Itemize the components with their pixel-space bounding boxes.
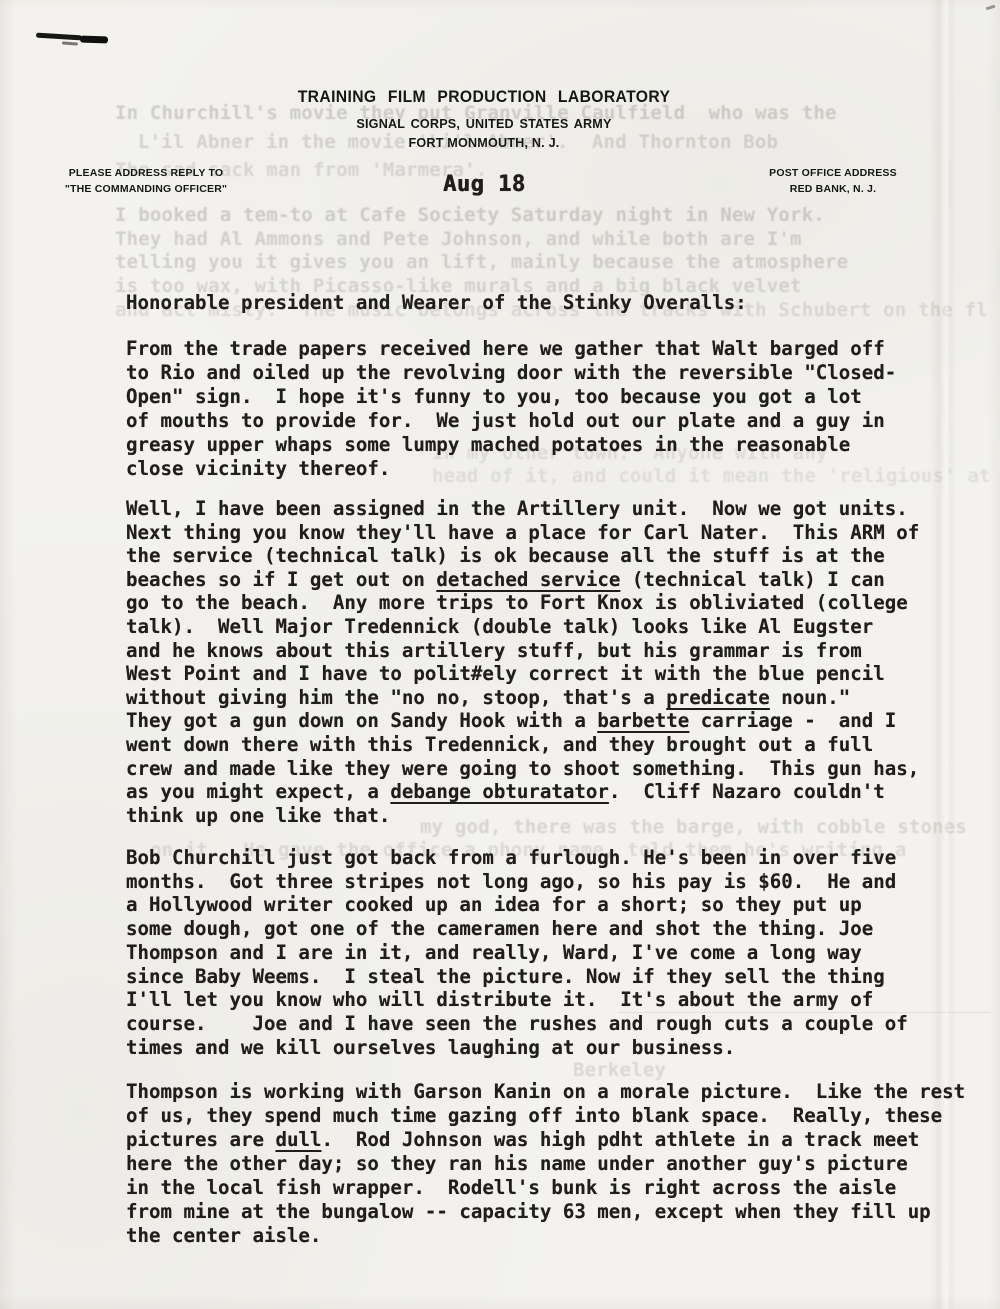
post-office-line2: RED BANK, N. J. [733,182,933,198]
text-segment: close vicinity thereof. [126,457,390,480]
letter-line: in the local fish wrapper. Rodell's bunk… [126,1176,965,1200]
letterhead-title: TRAINING FILM PRODUCTION LABORATORY [24,88,944,107]
text-segment: pictures are [126,1128,275,1151]
text-segment: here the other day; so they ran his name… [126,1152,908,1175]
text-segment: beaches so if I get out on [126,568,436,591]
underlined-text: dull [275,1128,321,1151]
text-segment: a Hollywood writer cooked up an idea for… [126,893,862,916]
post-office-address: POST OFFICE ADDRESS RED BANK, N. J. [733,166,933,197]
text-segment: Next thing you know they'll have a place… [126,521,919,544]
text-segment: from mine at the bungalow -- capacity 63… [126,1200,931,1223]
letter-line: talk). Well Major Tredennick (double tal… [126,615,919,639]
ghost-bleedthrough-line: They had Al Ammons and Pete Johnson, and… [115,227,802,251]
letterhead-subtitle-corps: SIGNAL CORPS, UNITED STATES ARMY [15,116,954,131]
letter-line: think up one like that. [126,804,919,828]
letter-line: of mouths to provide for. We just hold o… [126,409,896,433]
text-segment: They got a gun down on Sandy Hook with a [126,709,597,732]
text-segment: From the trade papers received here we g… [126,337,885,360]
reply-note-line1: PLEASE ADDRESS REPLY TO [38,166,254,182]
letter-line: go to the beach. Any more trips to Fort … [126,591,919,615]
salutation: Honorable president and Wearer of the St… [126,291,747,315]
letter-line: here the other day; so they ran his name… [126,1152,965,1176]
letter-line: Well, I have been assigned in the Artill… [126,497,919,521]
text-segment: went down there with this Tredennick, an… [126,733,873,756]
letter-line: the center aisle. [126,1224,965,1248]
text-segment: greasy upper whaps some lumpy mached pot… [126,433,850,456]
letter-line: of us, they spend much time gazing off i… [126,1104,965,1128]
text-segment: Bob Churchill just got back from a furlo… [126,846,896,869]
letter-line: crew and made like they were going to sh… [126,757,919,781]
letter-line: and he knows about this artillery stuff,… [126,639,919,663]
paragraph-p2: Well, I have been assigned in the Artill… [126,497,919,827]
letter-line: From the trade papers received here we g… [126,337,896,361]
text-segment: Thompson is working with Garson Kanin on… [126,1080,965,1103]
letter-line: West Point and I have to polit#ely corre… [126,662,919,686]
letter-line: pictures are dull. Rod Johnson was high … [126,1128,965,1152]
letter-line: from mine at the bungalow -- capacity 63… [126,1200,965,1224]
text-segment: . Rod Johnson was high pdht athlete in a… [321,1128,919,1151]
reply-address-note: PLEASE ADDRESS REPLY TO "THE COMMANDING … [38,166,254,197]
letter-page: In Churchill's movie they put Granville … [0,0,1000,1309]
text-segment: to Rio and oiled up the revolving door w… [126,361,896,384]
text-segment: the center aisle. [126,1224,321,1247]
text-segment: go to the beach. Any more trips to Fort … [126,591,908,614]
letter-line: Open" sign. I hope it's funny to you, to… [126,385,896,409]
ghost-bleedthrough-line: Berkeley [573,1058,666,1082]
letter-line: greasy upper whaps some lumpy mached pot… [126,433,896,457]
underlined-text: debange obturatator [390,780,608,803]
letter-line: went down there with this Tredennick, an… [126,733,919,757]
text-segment: think up one like that. [126,804,390,827]
text-segment: Well, I have been assigned in the Artill… [126,497,908,520]
text-segment: talk). Well Major Tredennick (double tal… [126,615,873,638]
letter-line: Next thing you know they'll have a place… [126,521,919,545]
letter-line: Thompson is working with Garson Kanin on… [126,1080,965,1104]
ink-mark [36,33,82,41]
underlined-text: detached service [436,568,620,591]
text-segment: and he knows about this artillery stuff,… [126,639,862,662]
text-segment: of us, they spend much time gazing off i… [126,1104,942,1127]
text-segment: noun." [770,686,850,709]
text-segment: West Point and I have to polit#ely corre… [126,662,885,685]
text-segment: without giving him the "no no, stoop, th… [126,686,666,709]
ghost-bleedthrough-line: telling you it gives you an lift, mainly… [115,250,848,274]
paragraph-p1: From the trade papers received here we g… [126,337,896,481]
post-office-line1: POST OFFICE ADDRESS [733,166,933,182]
ink-mark [62,41,78,45]
text-segment: in the local fish wrapper. Rodell's bunk… [126,1176,896,1199]
reply-note-line2: "THE COMMANDING OFFICER" [38,182,254,198]
text-segment: . Cliff Nazaro couldn't [609,780,885,803]
letter-line: some dough, got one of the cameramen her… [126,917,908,941]
letter-line: a Hollywood writer cooked up an idea for… [126,893,908,917]
text-segment: of mouths to provide for. We just hold o… [126,409,885,432]
letter-line: close vicinity thereof. [126,457,896,481]
paragraph-p4: Thompson is working with Garson Kanin on… [126,1080,965,1248]
text-segment: carriage - and I [689,709,896,732]
letter-line: to Rio and oiled up the revolving door w… [126,361,896,385]
text-segment: I'll let you know who will distribute it… [126,988,873,1011]
text-segment: course. Joe and I have seen the rushes a… [126,1012,908,1035]
underlined-text: barbette [597,709,689,732]
edge-mark [986,5,995,10]
text-segment: some dough, got one of the cameramen her… [126,917,873,940]
date-line: Aug 18 [443,172,525,197]
text-segment: crew and made like they were going to sh… [126,757,919,780]
text-segment: times and we kill ourselves laughing at … [126,1036,735,1059]
underlined-text: predicate [666,686,769,709]
letter-line: the service (technical talk) is ok becau… [126,544,919,568]
letter-line: beaches so if I get out on detached serv… [126,568,919,592]
letter-line: Thompson and I are in it, and really, Wa… [126,941,908,965]
text-segment: Thompson and I are in it, and really, Wa… [126,941,862,964]
letter-line: as you might expect, a debange obturatat… [126,780,919,804]
ghost-bleedthrough-line: I booked a tem-to at Cafe Society Saturd… [115,203,825,227]
letter-line: without giving him the "no no, stoop, th… [126,686,919,710]
ink-mark [80,36,108,44]
letter-line: I'll let you know who will distribute it… [126,988,908,1012]
letter-line: months. Got three stripes not long ago, … [126,870,908,894]
letter-line: They got a gun down on Sandy Hook with a… [126,709,919,733]
text-segment: since Baby Weems. I steal the picture. N… [126,965,885,988]
letter-line: times and we kill ourselves laughing at … [126,1036,908,1060]
letterhead-subtitle-location: FORT MONMOUTH, N. J. [15,135,954,150]
letter-line: Bob Churchill just got back from a furlo… [126,846,908,870]
text-segment: as you might expect, a [126,780,390,803]
text-segment: (technical talk) I can [620,568,884,591]
letter-line: since Baby Weems. I steal the picture. N… [126,965,908,989]
letter-line: course. Joe and I have seen the rushes a… [126,1012,908,1036]
paragraph-p3: Bob Churchill just got back from a furlo… [126,846,908,1059]
text-segment: Open" sign. I hope it's funny to you, to… [126,385,862,408]
text-segment: months. Got three stripes not long ago, … [126,870,896,893]
text-segment: the service (technical talk) is ok becau… [126,544,885,567]
